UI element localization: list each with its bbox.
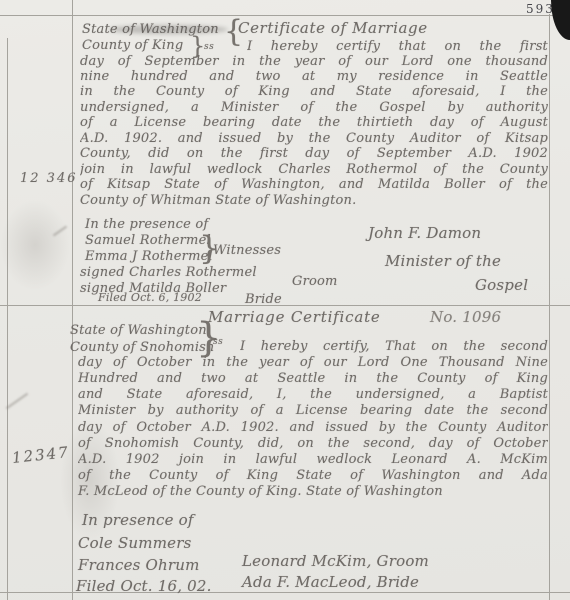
presence-heading: In presence of <box>82 511 194 529</box>
certificate-number: No. 1096 <box>430 308 501 326</box>
county-caption: County of King <box>82 38 183 53</box>
ss-abbreviation: ss <box>213 337 223 347</box>
groom-signature: signed Charles Rothermel <box>80 265 257 280</box>
right-margin-rule <box>549 14 550 600</box>
certificate-body-line: County, did on the first day of Septembe… <box>80 146 548 163</box>
groom-label: Groom <box>292 274 338 289</box>
witness-name: Samuel Rothermel <box>85 233 211 248</box>
certificate-title: Marriage Certificate <box>208 308 381 326</box>
officiant-title: Gospel <box>475 276 528 294</box>
bride-label: Bride <box>245 292 282 307</box>
county-caption: County of Snohomish <box>70 340 215 355</box>
certificate-body-line: in the County of King and State aforesai… <box>80 84 548 101</box>
certificate-body-line: of Kitsap State of Washington, and Matil… <box>80 177 548 194</box>
certificate-body-line: I hereby certify, That on the second <box>240 339 548 356</box>
filed-note: Filed Oct. 6, 1902 <box>98 291 202 304</box>
certificate-body-line: County of Whitman State of Washington. <box>80 193 356 208</box>
certificate-body-line: A.D. 1902 join in lawful wedlock Leonard… <box>78 452 548 469</box>
ss-abbreviation: ss <box>204 42 214 52</box>
officiant-name: John F. Damon <box>368 224 481 242</box>
stray-pencil-mark <box>6 393 28 410</box>
certificate-body-line: and State aforesaid, I, the undersigned,… <box>78 387 548 404</box>
filed-note: Filed Oct. 16, 02. <box>76 577 212 595</box>
certificate-body-line: of the County of King State of Washingto… <box>78 468 548 485</box>
register-page-scan: 593 12 346 State of Washington { Certifi… <box>0 0 570 600</box>
certificate-body-line: of a License bearing date the thirtieth … <box>80 115 548 132</box>
witnesses-label: Witnesses <box>213 243 281 258</box>
witness-name: Frances Ohrum <box>78 556 200 574</box>
groom-signature: Leonard McKim, Groom <box>242 552 429 570</box>
certificate-body-line: of Snohomish County, did, on the second,… <box>78 436 548 453</box>
scan-corner-artifact <box>551 0 570 40</box>
record-number: 12 346 <box>20 171 78 186</box>
presence-heading: In the presence of <box>85 217 208 232</box>
officiant-title: Minister of the <box>385 252 501 270</box>
certificate-body-line: day of October A.D. 1902. and issued by … <box>78 420 548 437</box>
entry-divider-rule <box>0 305 570 306</box>
certificate-title: Certificate of Marriage <box>238 19 428 37</box>
top-rule <box>0 15 570 16</box>
certificate-body-line: F. McLeod of the County of King. State o… <box>78 484 443 499</box>
certificate-body-line: day of October in the year of our Lord O… <box>78 355 548 372</box>
state-caption: State of Washington <box>70 323 207 338</box>
bride-signature: Ada F. MacLeod, Bride <box>242 573 419 591</box>
certificate-body-line: Hundred and two at Seattle in the County… <box>78 371 548 388</box>
ink-smudge <box>108 25 228 34</box>
witness-name: Emma J Rothermel <box>85 249 213 264</box>
left-margin-rule <box>7 38 8 600</box>
certificate-body-line: Minister by authority of a License beari… <box>78 403 548 420</box>
witness-name: Cole Summers <box>78 534 191 552</box>
paper-stain <box>0 200 70 290</box>
